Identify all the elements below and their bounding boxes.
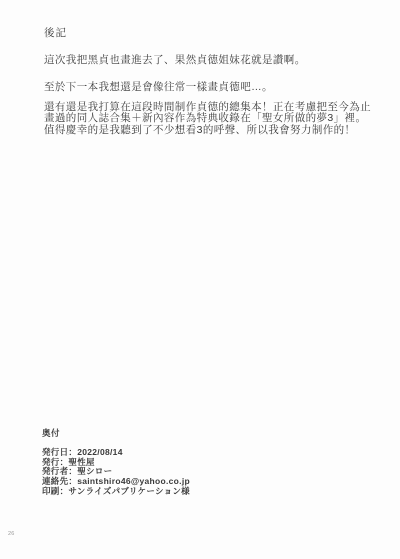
afterword-paragraph-2: 至於下一本我想還是會像往常一樣畫貞德吧…。 — [44, 79, 273, 94]
colophon-title: 奥付 — [42, 427, 380, 439]
colophon-entry-printer: 印刷：サンライズパブリケーション様 — [42, 487, 380, 497]
afterword-paragraph-3-line-3: 值得慶幸的是我聽到了不少想看3的呼聲、所以我會努力制作的！ — [44, 125, 371, 136]
afterword-paragraph-3: 還有還是我打算在這段時間制作貞德的總集本！正在考慮把至今為止 畫過的同人誌合集＋… — [44, 102, 371, 136]
afterword-title: 後記 — [44, 25, 380, 40]
colophon-section: 奥付 発行日：2022/08/14 発行：聖性屋 発行者：聖シロー 連絡先：sa… — [42, 427, 380, 497]
afterword-section: 後記 這次我把黑貞也畫進去了、果然貞德姐妹花就是讚啊。 至於下一本我想還是會像往… — [44, 25, 380, 40]
document-page: 後記 這次我把黑貞也畫進去了、果然貞德姐妹花就是讚啊。 至於下一本我想還是會像往… — [0, 0, 400, 559]
afterword-paragraph-1: 這次我把黑貞也畫進去了、果然貞德姐妹花就是讚啊。 — [44, 52, 306, 67]
page-number: 26 — [8, 531, 15, 537]
